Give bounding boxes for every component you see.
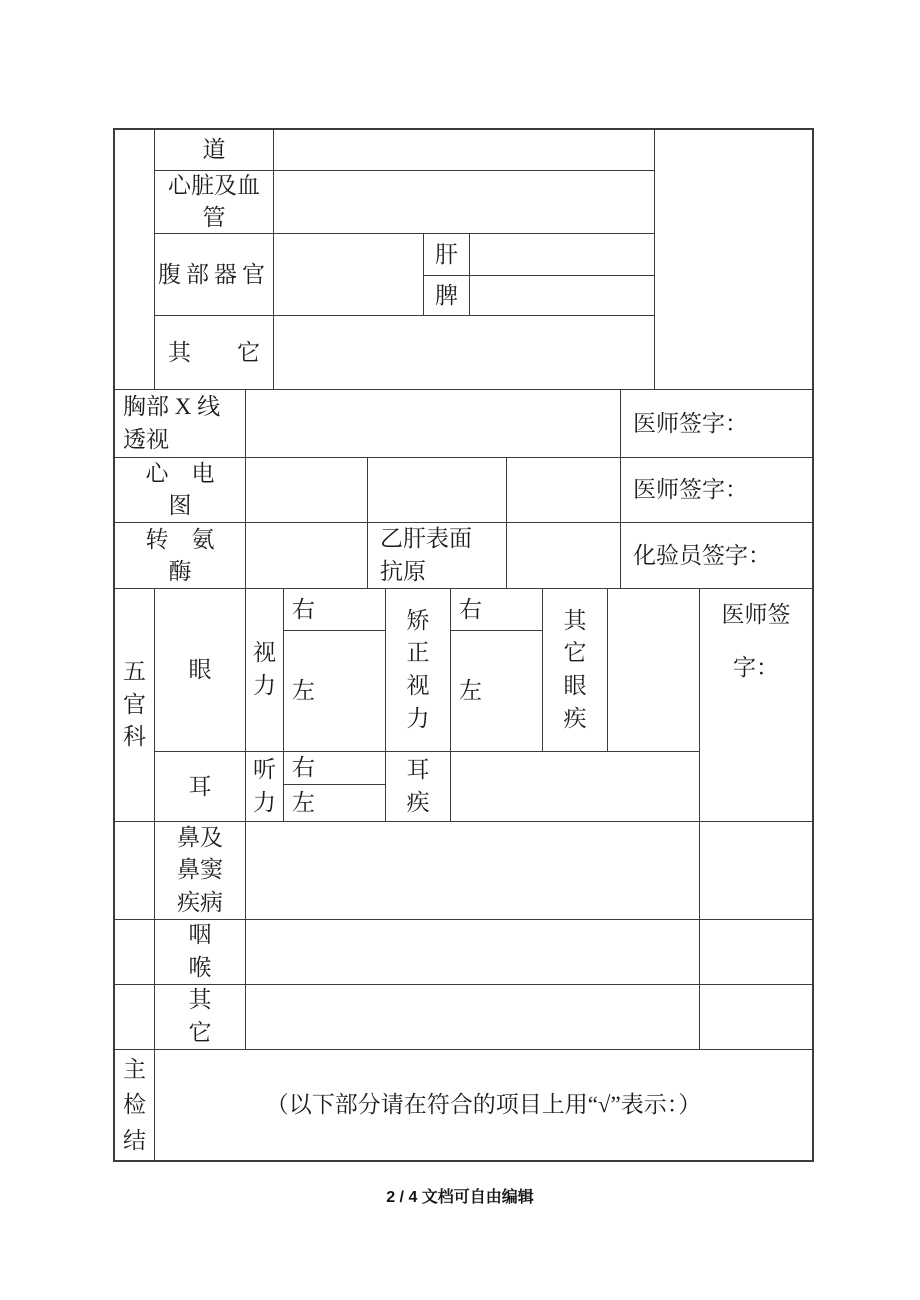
- cell-chest-xray-value: [246, 390, 621, 458]
- cell-top-narrow-empty: [115, 130, 155, 390]
- cell-liver-label: 肝: [424, 234, 470, 276]
- page-footer: 2 / 4 文档可自由编辑: [0, 1184, 920, 1207]
- cell-eye-extra-value: [608, 589, 700, 752]
- cell-abdominal-organs-value: [274, 234, 424, 316]
- cell-hbsag-label: 乙肝表面 抗原: [368, 523, 507, 589]
- cell-summary-label: 主 检 结: [115, 1050, 155, 1160]
- cell-vision-left-label: 左: [284, 631, 386, 752]
- cell-nose-sinus-extra: [700, 822, 812, 920]
- cell-ear-label: 耳: [155, 752, 246, 822]
- cell-hearing-right-label: 右: [284, 752, 386, 785]
- cell-throat-extra: [700, 920, 812, 985]
- cell-heart-vessels-label: 心脏及血 管: [155, 171, 274, 234]
- cell-summary-note: （以下部分请在符合的项目上用“√”表示：）: [155, 1050, 812, 1160]
- cell-vision-label: 视 力: [246, 589, 284, 752]
- cell-ecg-label: 心 电 图: [115, 458, 246, 523]
- cell-corrected-right-label: 右: [451, 589, 543, 631]
- cell-transaminase-label: 转 氨 酶: [115, 523, 246, 589]
- cell-other-ent-narrow-empty: [115, 985, 155, 1050]
- cell-corrected-left-label: 左: [451, 631, 543, 752]
- cell-throat-value: [246, 920, 700, 985]
- cell-other-eye-disease-label: 其 它 眼 疾: [543, 589, 608, 752]
- cell-spleen-label: 脾: [424, 276, 470, 316]
- cell-ecg-value-2: [368, 458, 507, 523]
- cell-other-top-label: 其 它: [155, 316, 274, 390]
- cell-hbsag-value: [507, 523, 621, 589]
- cell-ent-section-label: 五 官 科: [115, 589, 155, 822]
- cell-doctor-sign-ecg: 医师签字：: [621, 458, 812, 523]
- cell-top-right-empty: [655, 130, 812, 390]
- cell-spleen-value: [470, 276, 655, 316]
- medical-exam-table: 道 心脏及血 管 腹部器官 肝 脾 其 它 胸部 X 线 透视 医师签字： 心 …: [113, 128, 814, 1162]
- cell-duct-label: 道: [155, 130, 274, 171]
- document-page: 道 心脏及血 管 腹部器官 肝 脾 其 它 胸部 X 线 透视 医师签字： 心 …: [0, 0, 920, 1300]
- cell-other-ent-label: 其 它: [155, 985, 246, 1050]
- cell-throat-label: 咽 喉: [155, 920, 246, 985]
- cell-corrected-vision-label: 矫 正 视 力: [386, 589, 451, 752]
- cell-other-ent-extra: [700, 985, 812, 1050]
- cell-throat-narrow-empty: [115, 920, 155, 985]
- cell-duct-value: [274, 130, 655, 171]
- cell-doctor-sign-xray: 医师签字：: [621, 390, 812, 458]
- cell-heart-vessels-value: [274, 171, 655, 234]
- cell-abdominal-organs-label: 腹部器官: [155, 234, 274, 316]
- cell-nose-narrow-empty: [115, 822, 155, 920]
- cell-nose-sinus-value: [246, 822, 700, 920]
- cell-lab-sign: 化验员签字：: [621, 523, 812, 589]
- cell-hearing-left-label: 左: [284, 785, 386, 822]
- cell-liver-value: [470, 234, 655, 276]
- cell-other-top-value: [274, 316, 655, 390]
- cell-vision-right-label: 右: [284, 589, 386, 631]
- cell-doctor-sign-ent: 医师签 字：: [700, 589, 812, 822]
- cell-hearing-label: 听 力: [246, 752, 284, 822]
- cell-ear-disease-label: 耳 疾: [386, 752, 451, 822]
- cell-ear-value: [451, 752, 700, 822]
- cell-eye-label: 眼: [155, 589, 246, 752]
- cell-ecg-value-3: [507, 458, 621, 523]
- cell-chest-xray-label: 胸部 X 线 透视: [115, 390, 246, 458]
- cell-ecg-value-1: [246, 458, 368, 523]
- cell-other-ent-value: [246, 985, 700, 1050]
- cell-nose-sinus-label: 鼻及 鼻窦 疾病: [155, 822, 246, 920]
- cell-transaminase-value: [246, 523, 368, 589]
